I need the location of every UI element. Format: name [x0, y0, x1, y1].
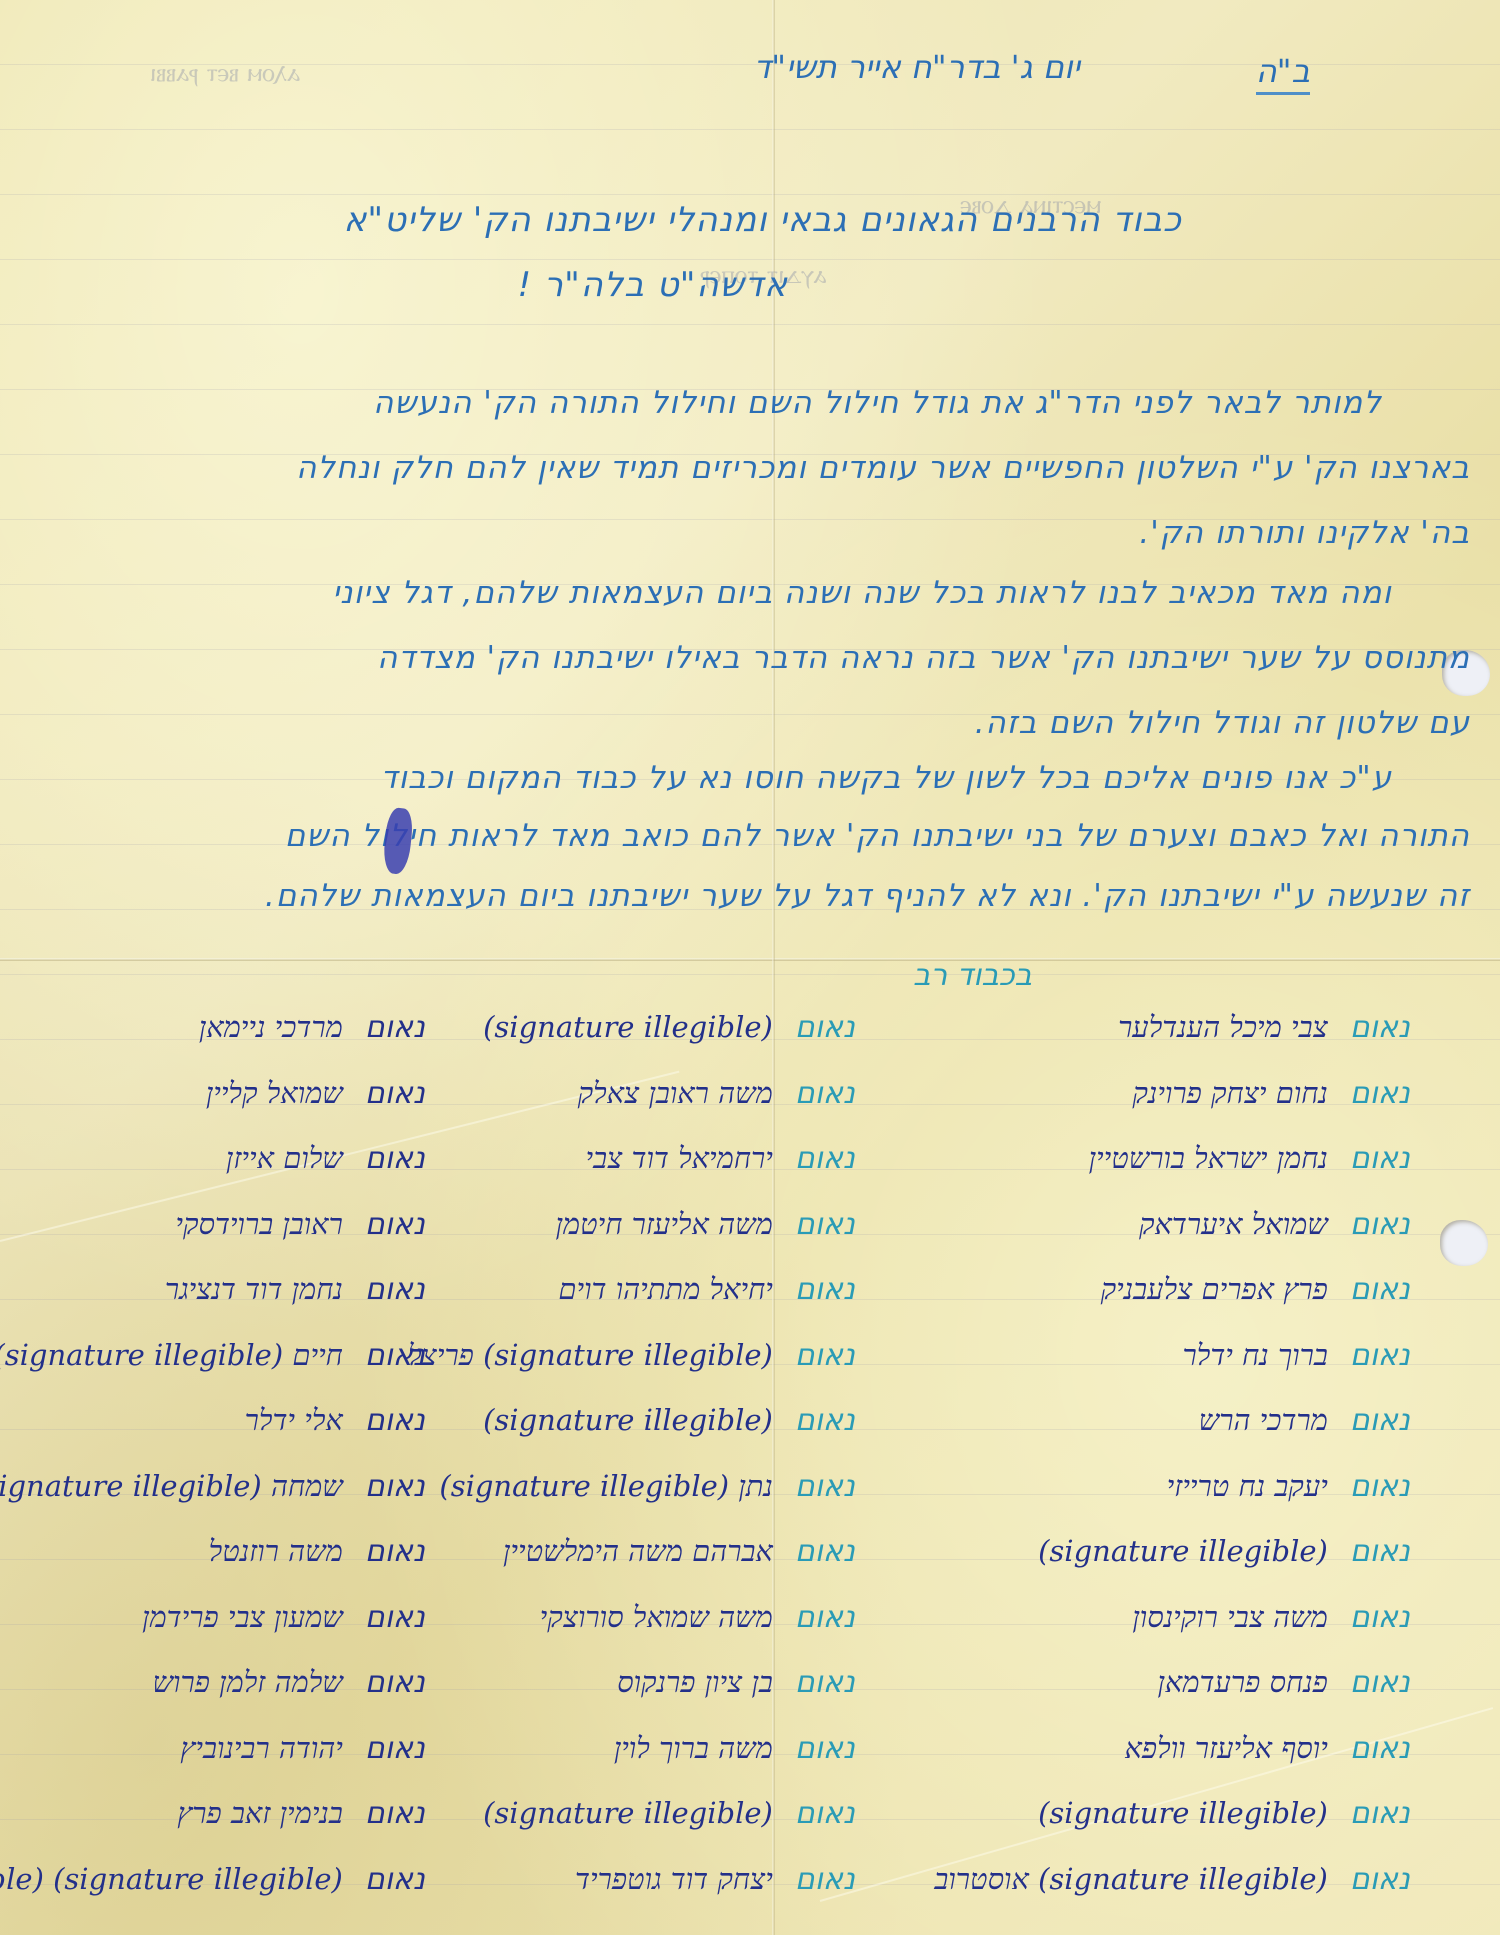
signature-entry: נאום(signature illegible) [483, 1010, 855, 1045]
signatory-name: משה ברוך לוין [614, 1731, 773, 1765]
signature-entry: נאוםפנחס פרעדמאן [1158, 1665, 1410, 1700]
signatory-name: מרדכי הרש [1199, 1403, 1328, 1437]
naam-prefix: נאום [795, 1796, 855, 1831]
signature-entry: נאום(signature illegible) [1038, 1796, 1410, 1831]
signatory-name: מרדכי ניימאן [199, 1010, 343, 1044]
body-line: בארצנו הק' ע"י השלטון החפשיים אשר עומדים… [296, 450, 1470, 486]
naam-prefix: נאום [365, 1862, 425, 1897]
letter-page: ⲁⲗⲟⲙ ⲃⲉⲧ ⲣⲁⲃⲃⲓ ⲙⲉⲥⲧⲓⲛⲁ ⲇⲟⲃⲉ ⲁⲩⲇⲓⲧ ⲧⲟⲡⲉⲣ … [0, 0, 1500, 1935]
signature-entry: נאוםיחיאל מתתיהו דוים [558, 1272, 855, 1307]
signatory-name: בן ציון פרנקוס [617, 1665, 773, 1699]
signature-entry: נאוםיצחק דוד גוטפריד [575, 1862, 855, 1897]
signature-entry: נאוםאברהם משה הימלשטיין [503, 1534, 855, 1569]
signatory-name: משה צבי רוקינסון [1132, 1600, 1327, 1634]
naam-prefix: נאום [795, 1862, 855, 1897]
signature-entry: נאוםצבי מיכל הענדלער [1118, 1010, 1410, 1045]
signature-entry: נאוםנתן (signature illegible) [439, 1469, 855, 1504]
naam-prefix: נאום [365, 1600, 425, 1635]
body-line: ע"כ אנו פונים אליכם בכל לשון של בקשה חוס… [381, 760, 1392, 796]
naam-prefix: נאום [795, 1076, 855, 1111]
signatory-name: שמחה (signature illegible) [0, 1469, 343, 1503]
naam-prefix: נאום [1350, 1534, 1410, 1569]
naam-prefix: נאום [1350, 1207, 1410, 1242]
signatory-name: שלמה זלמן פרוש [153, 1665, 343, 1699]
signatory-name: (signature illegible) פריצל [408, 1338, 773, 1372]
bleed-through-text: ⲁⲗⲟⲙ ⲃⲉⲧ ⲣⲁⲃⲃⲓ [150, 58, 300, 89]
naam-prefix: נאום [795, 1731, 855, 1766]
signatory-name: נחום יצחק פרוינק [1132, 1076, 1327, 1110]
signature-entry: נאוםשלום אייזן [226, 1141, 425, 1176]
signature-entry: נאוםמשה ברוך לוין [614, 1731, 855, 1766]
punched-hole [1440, 1220, 1488, 1266]
body-line: ומה מאד מכאיב לבנו לראות בכל שנה ושנה בי… [332, 575, 1392, 611]
body-line: התורה ואל כאבם וצערם של בני ישיבתנו הק' … [285, 818, 1470, 854]
body-line: מתנוסס על שער ישיבתנו הק' אשר בזה נראה ה… [377, 640, 1470, 676]
signature-entry: נאוםנחמן דוד דנציגר [165, 1272, 425, 1307]
naam-prefix: נאום [365, 1207, 425, 1242]
naam-prefix: נאום [795, 1403, 855, 1438]
signatory-name: אלי ידלר [245, 1403, 343, 1437]
closing-line: בכבוד רב [913, 958, 1032, 993]
signature-entry: נאוםשמחה (signature illegible) [0, 1469, 425, 1504]
signatory-name: חיים (signature illegible) [0, 1338, 343, 1372]
bsd-heading: ב"ה [1256, 52, 1310, 95]
naam-prefix: נאום [365, 1076, 425, 1111]
signatory-name: משה שמואל סורוצקי [540, 1600, 773, 1634]
signature-entry: נאוםבן ציון פרנקוס [617, 1665, 855, 1700]
naam-prefix: נאום [365, 1141, 425, 1176]
signature-entry: נאוםשמואל איערדאק [1139, 1207, 1410, 1242]
signatory-name: אברהם משה הימלשטיין [503, 1534, 773, 1568]
signature-entry: נאוםראובן ברוידסקי [175, 1207, 425, 1242]
naam-prefix: נאום [795, 1600, 855, 1635]
signature-entry: נאום(signature illegible) פריצל [408, 1338, 855, 1373]
signature-entry: נאוםברוך נח ידלר [1183, 1338, 1410, 1373]
letter-date: יום ג' בדר"ח אייר תשי"ד [754, 48, 1080, 86]
signature-entry: נאוםמשה רוזנטל [209, 1534, 425, 1569]
naam-prefix: נאום [365, 1534, 425, 1569]
signature-entry: נאוםחיים (signature illegible) [0, 1338, 425, 1373]
signatory-name: שמעון צבי פרידמן [142, 1600, 343, 1634]
signature-entry: נאוםמשה צבי רוקינסון [1132, 1600, 1410, 1635]
body-line: עם שלטון זה וגודל חילול השם בזה. [975, 705, 1470, 741]
signature-entry: נאוםפרץ אפרים צלעבניק [1101, 1272, 1410, 1307]
naam-prefix: נאום [365, 1469, 425, 1504]
signature-entry: נאום(signature illegible) [1038, 1534, 1410, 1569]
naam-prefix: נאום [1350, 1272, 1410, 1307]
signatory-name: ראובן ברוידסקי [175, 1207, 343, 1241]
naam-prefix: נאום [795, 1534, 855, 1569]
horizontal-fold [0, 958, 1500, 961]
signatory-name: פרץ אפרים צלעבניק [1101, 1272, 1328, 1306]
signatory-name: משה אליעזר חיטמן [556, 1207, 773, 1241]
signature-entry: נאוםבנימין זאב פרץ [177, 1796, 425, 1831]
naam-prefix: נאום [1350, 1076, 1410, 1111]
naam-prefix: נאום [795, 1665, 855, 1700]
signatory-name: משה ראובן צאלק [578, 1076, 773, 1110]
signature-entry: נאוםיוסף אליעזר וולפא [1125, 1731, 1410, 1766]
signature-entry: נאוםירחמיאל דוד צבי [586, 1141, 856, 1176]
signature-entry: נאוםמרדכי הרש [1199, 1403, 1410, 1438]
signature-entry: נאוםשלמה זלמן פרוש [153, 1665, 426, 1700]
naam-prefix: נאום [1350, 1665, 1410, 1700]
naam-prefix: נאום [1350, 1141, 1410, 1176]
signatory-name: יעקב נח טרייזי [1167, 1469, 1328, 1503]
body-line: זה שנעשה ע"י ישיבתנו הק'. ונא לא להניף ד… [265, 878, 1470, 914]
naam-prefix: נאום [365, 1665, 425, 1700]
naam-prefix: נאום [1350, 1796, 1410, 1831]
naam-prefix: נאום [365, 1338, 425, 1373]
signatory-name: (signature illegible) [483, 1796, 773, 1830]
signature-entry: נאוםנחום יצחק פרוינק [1132, 1076, 1410, 1111]
signature-entry: נאוםמשה שמואל סורוצקי [540, 1600, 855, 1635]
salutation-line-1: כבוד הרבנים הגאונים גבאי ומנהלי ישיבתנו … [344, 200, 1182, 240]
naam-prefix: נאום [365, 1796, 425, 1831]
signatory-name: פנחס פרעדמאן [1158, 1665, 1328, 1699]
signatory-name: יצחק דוד גוטפריד [575, 1862, 773, 1896]
body-line: בה' אלקינו ותורתו הק'. [1139, 515, 1470, 551]
signature-entry: נאוםיעקב נח טרייזי [1167, 1469, 1410, 1504]
naam-prefix: נאום [1350, 1010, 1410, 1045]
signatory-name: שמואל איערדאק [1139, 1207, 1328, 1241]
naam-prefix: נאום [795, 1010, 855, 1045]
naam-prefix: נאום [1350, 1731, 1410, 1766]
signature-entry: נאוםאלי ידלר [245, 1403, 425, 1438]
naam-prefix: נאום [795, 1469, 855, 1504]
naam-prefix: נאום [1350, 1403, 1410, 1438]
naam-prefix: נאום [365, 1010, 425, 1045]
naam-prefix: נאום [795, 1272, 855, 1307]
signatory-name: יחיאל מתתיהו דוים [558, 1272, 772, 1306]
naam-prefix: נאום [795, 1207, 855, 1242]
signatory-name: בנימין זאב פרץ [177, 1796, 343, 1830]
naam-prefix: נאום [1350, 1469, 1410, 1504]
signatory-name: (signature illegible) אוסטרוב [934, 1862, 1327, 1896]
signature-entry: נאוםשמעון צבי פרידמן [142, 1600, 425, 1635]
signatory-name: (signature illegible) [483, 1010, 773, 1044]
naam-prefix: נאום [1350, 1862, 1410, 1897]
naam-prefix: נאום [795, 1141, 855, 1176]
signature-entry: נאום(signature illegible) [483, 1403, 855, 1438]
signatory-name: ירחמיאל דוד צבי [586, 1141, 773, 1175]
signatory-name: (signature illegible) [483, 1403, 773, 1437]
signatory-name: נחמן דוד דנציגר [165, 1272, 343, 1306]
signatory-name: נחמן ישראל בורשטיין [1089, 1141, 1328, 1175]
signatory-name: שמואל קליין [206, 1076, 343, 1110]
naam-prefix: נאום [365, 1731, 425, 1766]
naam-prefix: נאום [365, 1403, 425, 1438]
signatory-name: נתן (signature illegible) [439, 1469, 772, 1503]
signatory-name: (signature illegible) [1038, 1796, 1328, 1830]
signature-entry: נאוםיהודה רבינוביץ [180, 1731, 425, 1766]
signatory-name: משה רוזנטל [209, 1534, 343, 1568]
signatory-name: צבי מיכל הענדלער [1118, 1010, 1328, 1044]
naam-prefix: נאום [1350, 1338, 1410, 1373]
body-line: למותר לבאר לפני הדר"ג את גודל חילול השם … [373, 385, 1382, 421]
signatory-name: יהודה רבינוביץ [180, 1731, 343, 1765]
signature-entry: נאום(signature illegible) [483, 1796, 855, 1831]
naam-prefix: נאום [365, 1272, 425, 1307]
signatory-name: יוסף אליעזר וולפא [1125, 1731, 1328, 1765]
signatory-name: (signature illegible) (signature illegib… [0, 1862, 343, 1896]
naam-prefix: נאום [795, 1338, 855, 1373]
signature-entry: נאום(signature illegible) (signature ill… [0, 1862, 425, 1897]
signature-entry: נאום(signature illegible) אוסטרוב [934, 1862, 1410, 1897]
signatory-name: ברוך נח ידלר [1183, 1338, 1328, 1372]
naam-prefix: נאום [1350, 1600, 1410, 1635]
salutation-line-2: אדשה"ט בלה"ר ! [517, 265, 788, 305]
signatory-name: (signature illegible) [1038, 1534, 1328, 1568]
signature-entry: נאוםמשה ראובן צאלק [578, 1076, 855, 1111]
signature-entry: נאוםשמואל קליין [206, 1076, 425, 1111]
signatory-name: שלום אייזן [226, 1141, 343, 1175]
signature-entry: נאוםנחמן ישראל בורשטיין [1089, 1141, 1410, 1176]
signature-entry: נאוםמשה אליעזר חיטמן [556, 1207, 856, 1242]
signature-entry: נאוםמרדכי ניימאן [199, 1010, 425, 1045]
